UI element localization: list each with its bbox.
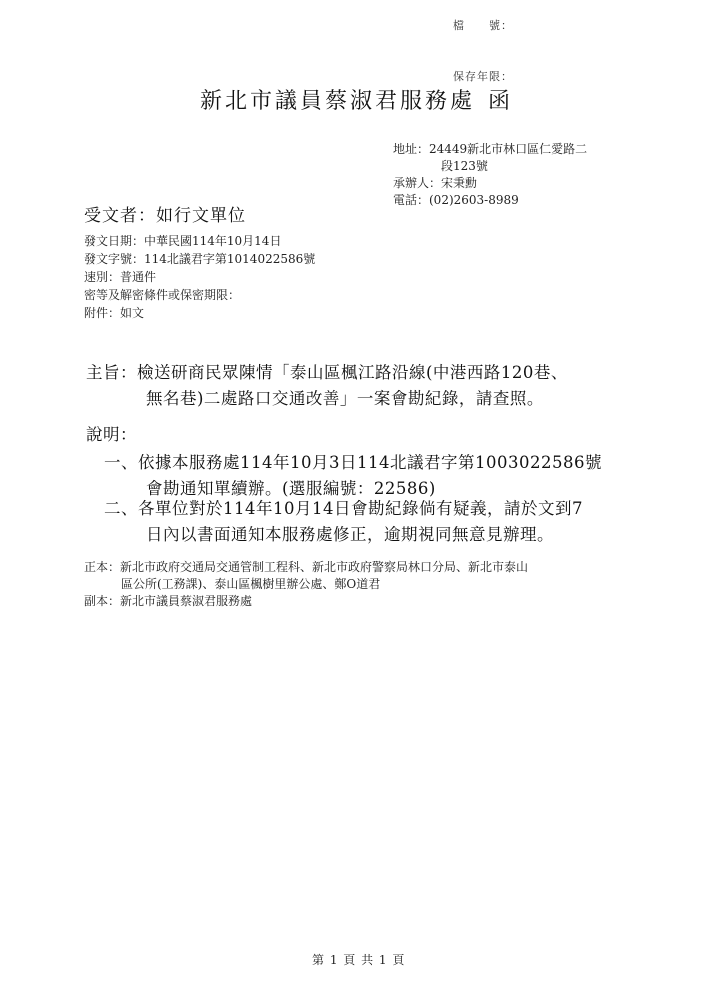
document-title: 新北市議員蔡淑君服務處 (200, 84, 475, 115)
retention-period-label: 保存年限： (453, 68, 513, 84)
address-line-2: 段123號 (393, 158, 587, 175)
secrecy-level: 密等及解密條件或保密期限： (84, 286, 315, 304)
contact-block: 地址：24449新北市林口區仁愛路二 段123號 承辦人：宋秉勳 電話：(02)… (393, 141, 587, 209)
issue-date: 發文日期：中華民國114年10月14日 (84, 232, 315, 250)
document-info: 發文日期：中華民國114年10月14日 發文字號：114北議君字第1014022… (84, 232, 315, 322)
item-line-2: 日內以書面通知本服務處修正，逾期視同無意見辦理。 (104, 522, 583, 548)
distribution-section: 正本：新北市政府交通局交通管制工程科、新北市政府警察局林口分局、新北市泰山 區公… (84, 559, 528, 610)
attachment: 附件：如文 (84, 304, 315, 322)
subject-label: 主旨： (86, 363, 137, 382)
item-number: 一、 (104, 453, 138, 472)
document-type: 函 (488, 84, 510, 115)
original-recipients-line-2: 區公所(工務課)、泰山區楓樹里辦公處、鄭O道君 (84, 576, 528, 593)
item-line-1: 各單位對於114年10月14日會勘紀錄倘有疑義，請於文到7 (138, 499, 583, 518)
item-line-1: 依據本服務處114年10月3日114北議君字第1003022586號 (138, 453, 602, 472)
file-number-label: 檔 號： (453, 17, 513, 33)
original-recipients-label: 正本： (84, 560, 120, 574)
item-number: 二、 (104, 499, 138, 518)
recipient: 受文者：如行文單位 (84, 201, 246, 226)
subject-line-1: 檢送研商民眾陳情「泰山區楓江路沿線(中港西路120巷、 (137, 363, 568, 382)
document-number: 發文字號：114北議君字第1014022586號 (84, 250, 315, 268)
subject-line-2: 無名巷)二處路口交通改善」一案會勘紀錄，請查照。 (86, 386, 568, 412)
explanation-item-1: 一、依據本服務處114年10月3日114北議君字第1003022586號 會勘通… (104, 450, 602, 502)
explanation-label: 說明： (86, 422, 137, 448)
phone: 電話：(02)2603-8989 (393, 192, 587, 209)
original-recipients-line-1: 新北市政府交通局交通管制工程科、新北市政府警察局林口分局、新北市泰山 (120, 560, 528, 574)
address-line-1: 地址：24449新北市林口區仁愛路二 (393, 141, 587, 158)
delivery-speed: 速別：普通件 (84, 268, 315, 286)
subject-section: 主旨：檢送研商民眾陳情「泰山區楓江路沿線(中港西路120巷、 無名巷)二處路口交… (86, 360, 568, 412)
copy-recipients-label: 副本： (84, 594, 120, 608)
page-number: 第 1 頁 共 1 頁 (312, 952, 405, 969)
copy-recipients-value: 新北市議員蔡淑君服務處 (120, 594, 252, 608)
explanation-item-2: 二、各單位對於114年10月14日會勘紀錄倘有疑義，請於文到7 日內以書面通知本… (104, 496, 583, 548)
handler: 承辦人：宋秉勳 (393, 175, 587, 192)
